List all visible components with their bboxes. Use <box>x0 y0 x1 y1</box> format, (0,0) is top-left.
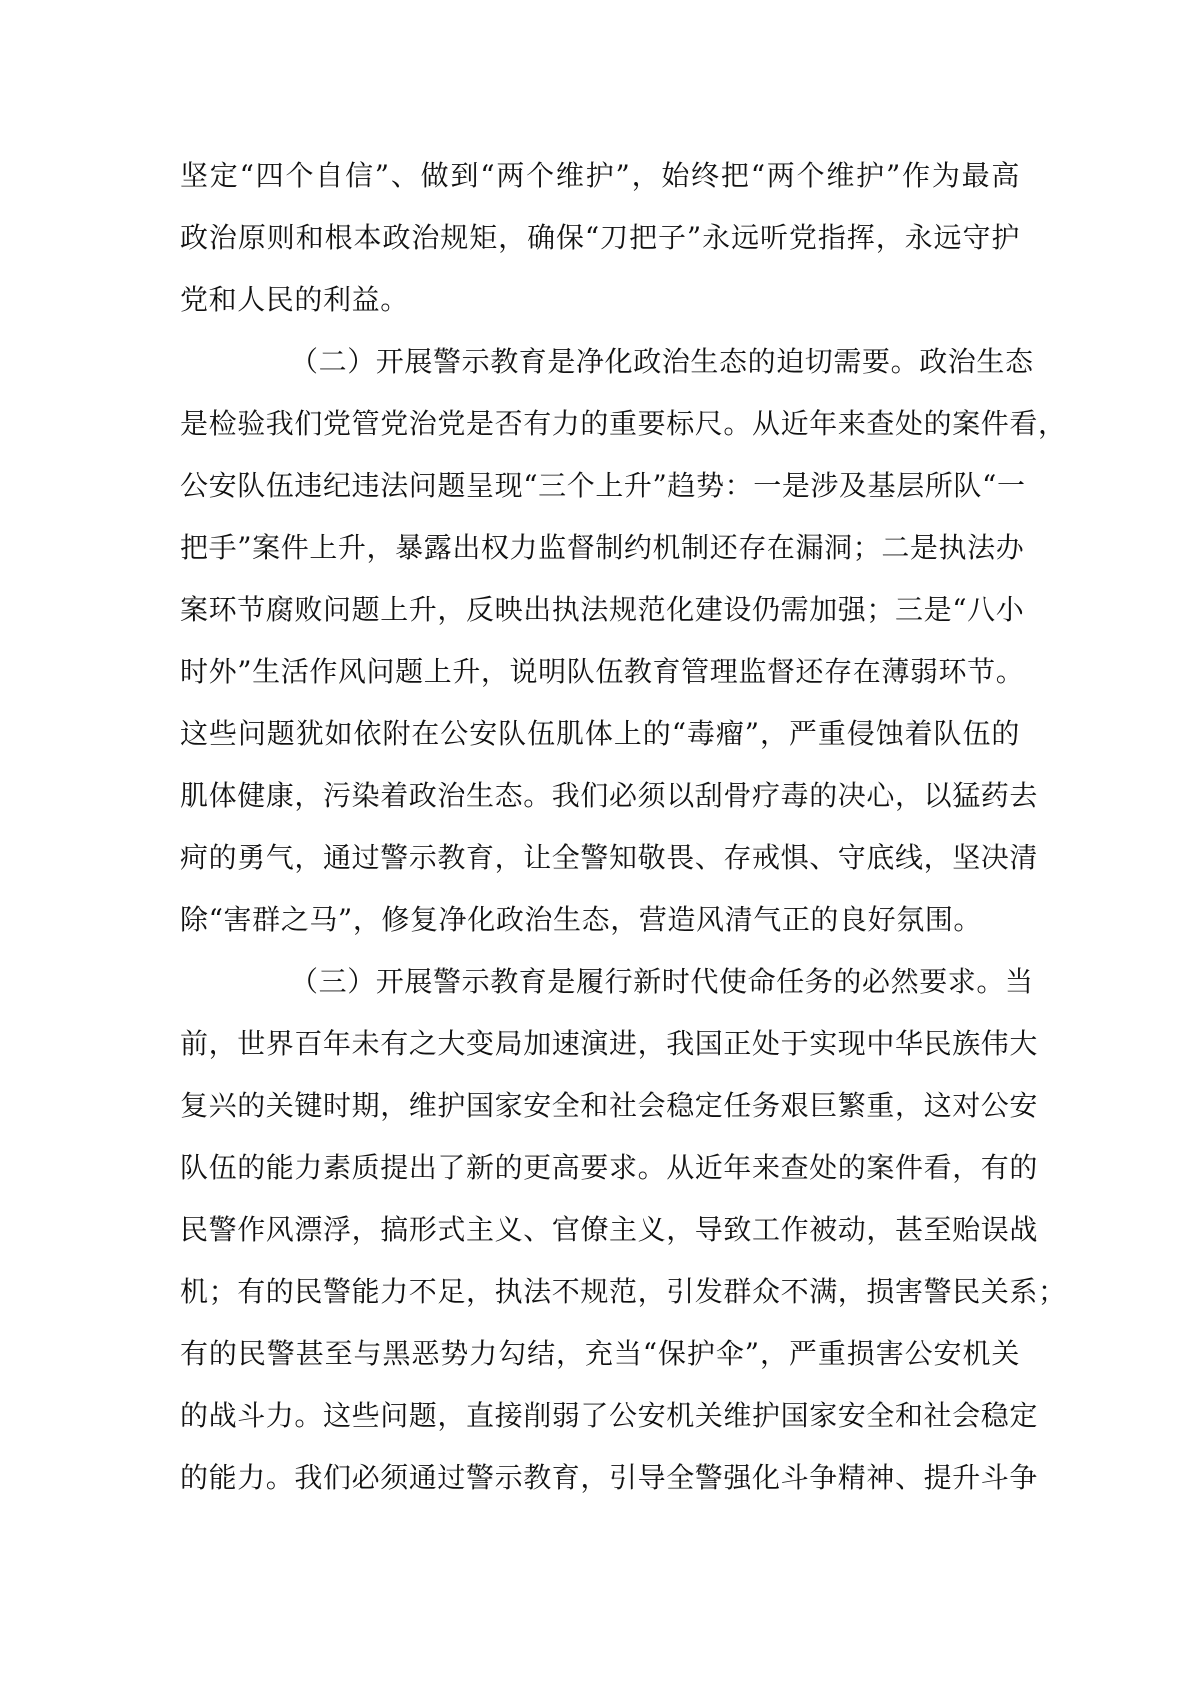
section-2-heading-line: （二）开展警示教育是净化政治生态的迫切需要。政治生态 <box>290 342 1020 382</box>
text-line-10: 这些问题犹如依附在公安队伍肌体上的“毒瘤”，严重侵蚀着队伍的 <box>180 714 1020 754</box>
text-line-9: 时外”生活作风问题上升，说明队伍教育管理监督还存在薄弱环节。 <box>180 652 1020 692</box>
text-line-6: 公安队伍违纪违法问题呈现“三个上升”趋势：一是涉及基层所队“一 <box>180 466 1020 506</box>
text-line-5: 是检验我们党管党治党是否有力的重要标尺。从近年来查处的案件看， <box>180 404 1020 444</box>
text-line-18: 民警作风漂浮，搞形式主义、官僚主义，导致工作被动，甚至贻误战 <box>180 1210 1020 1250</box>
text-line-12: 疴的勇气，通过警示教育，让全警知敬畏、存戒惧、守底线，坚决清 <box>180 838 1020 878</box>
text-line-19: 机；有的民警能力不足，执法不规范，引发群众不满，损害警民关系； <box>180 1272 1020 1312</box>
text-line-1: 坚定“四个自信”、做到“两个维护”，始终把“两个维护”作为最高 <box>180 156 1020 196</box>
text-line-15: 前，世界百年未有之大变局加速演进，我国正处于实现中华民族伟大 <box>180 1024 1020 1064</box>
section-3-heading-line: （三）开展警示教育是履行新时代使命任务的必然要求。当 <box>290 962 1020 1002</box>
text-line-20: 有的民警甚至与黑恶势力勾结，充当“保护伞”，严重损害公安机关 <box>180 1334 1020 1374</box>
text-line-3: 党和人民的利益。 <box>180 280 1020 320</box>
text-line-16: 复兴的关键时期，维护国家安全和社会稳定任务艰巨繁重，这对公安 <box>180 1086 1020 1126</box>
text-line-8: 案环节腐败问题上升，反映出执法规范化建设仍需加强；三是“八小 <box>180 590 1020 630</box>
text-line-21: 的战斗力。这些问题，直接削弱了公安机关维护国家安全和社会稳定 <box>180 1396 1020 1436</box>
text-line-7: 把手”案件上升，暴露出权力监督制约机制还存在漏洞；二是执法办 <box>180 528 1020 568</box>
text-line-17: 队伍的能力素质提出了新的更高要求。从近年来查处的案件看，有的 <box>180 1148 1020 1188</box>
text-line-2: 政治原则和根本政治规矩，确保“刀把子”永远听党指挥，永远守护 <box>180 218 1020 258</box>
text-line-22: 的能力。我们必须通过警示教育，引导全警强化斗争精神、提升斗争 <box>180 1458 1020 1498</box>
text-line-13: 除“害群之马”，修复净化政治生态，营造风清气正的良好氛围。 <box>180 900 1020 940</box>
document-page: 坚定“四个自信”、做到“两个维护”，始终把“两个维护”作为最高 政治原则和根本政… <box>0 0 1190 1683</box>
text-line-11: 肌体健康，污染着政治生态。我们必须以刮骨疗毒的决心，以猛药去 <box>180 776 1020 816</box>
